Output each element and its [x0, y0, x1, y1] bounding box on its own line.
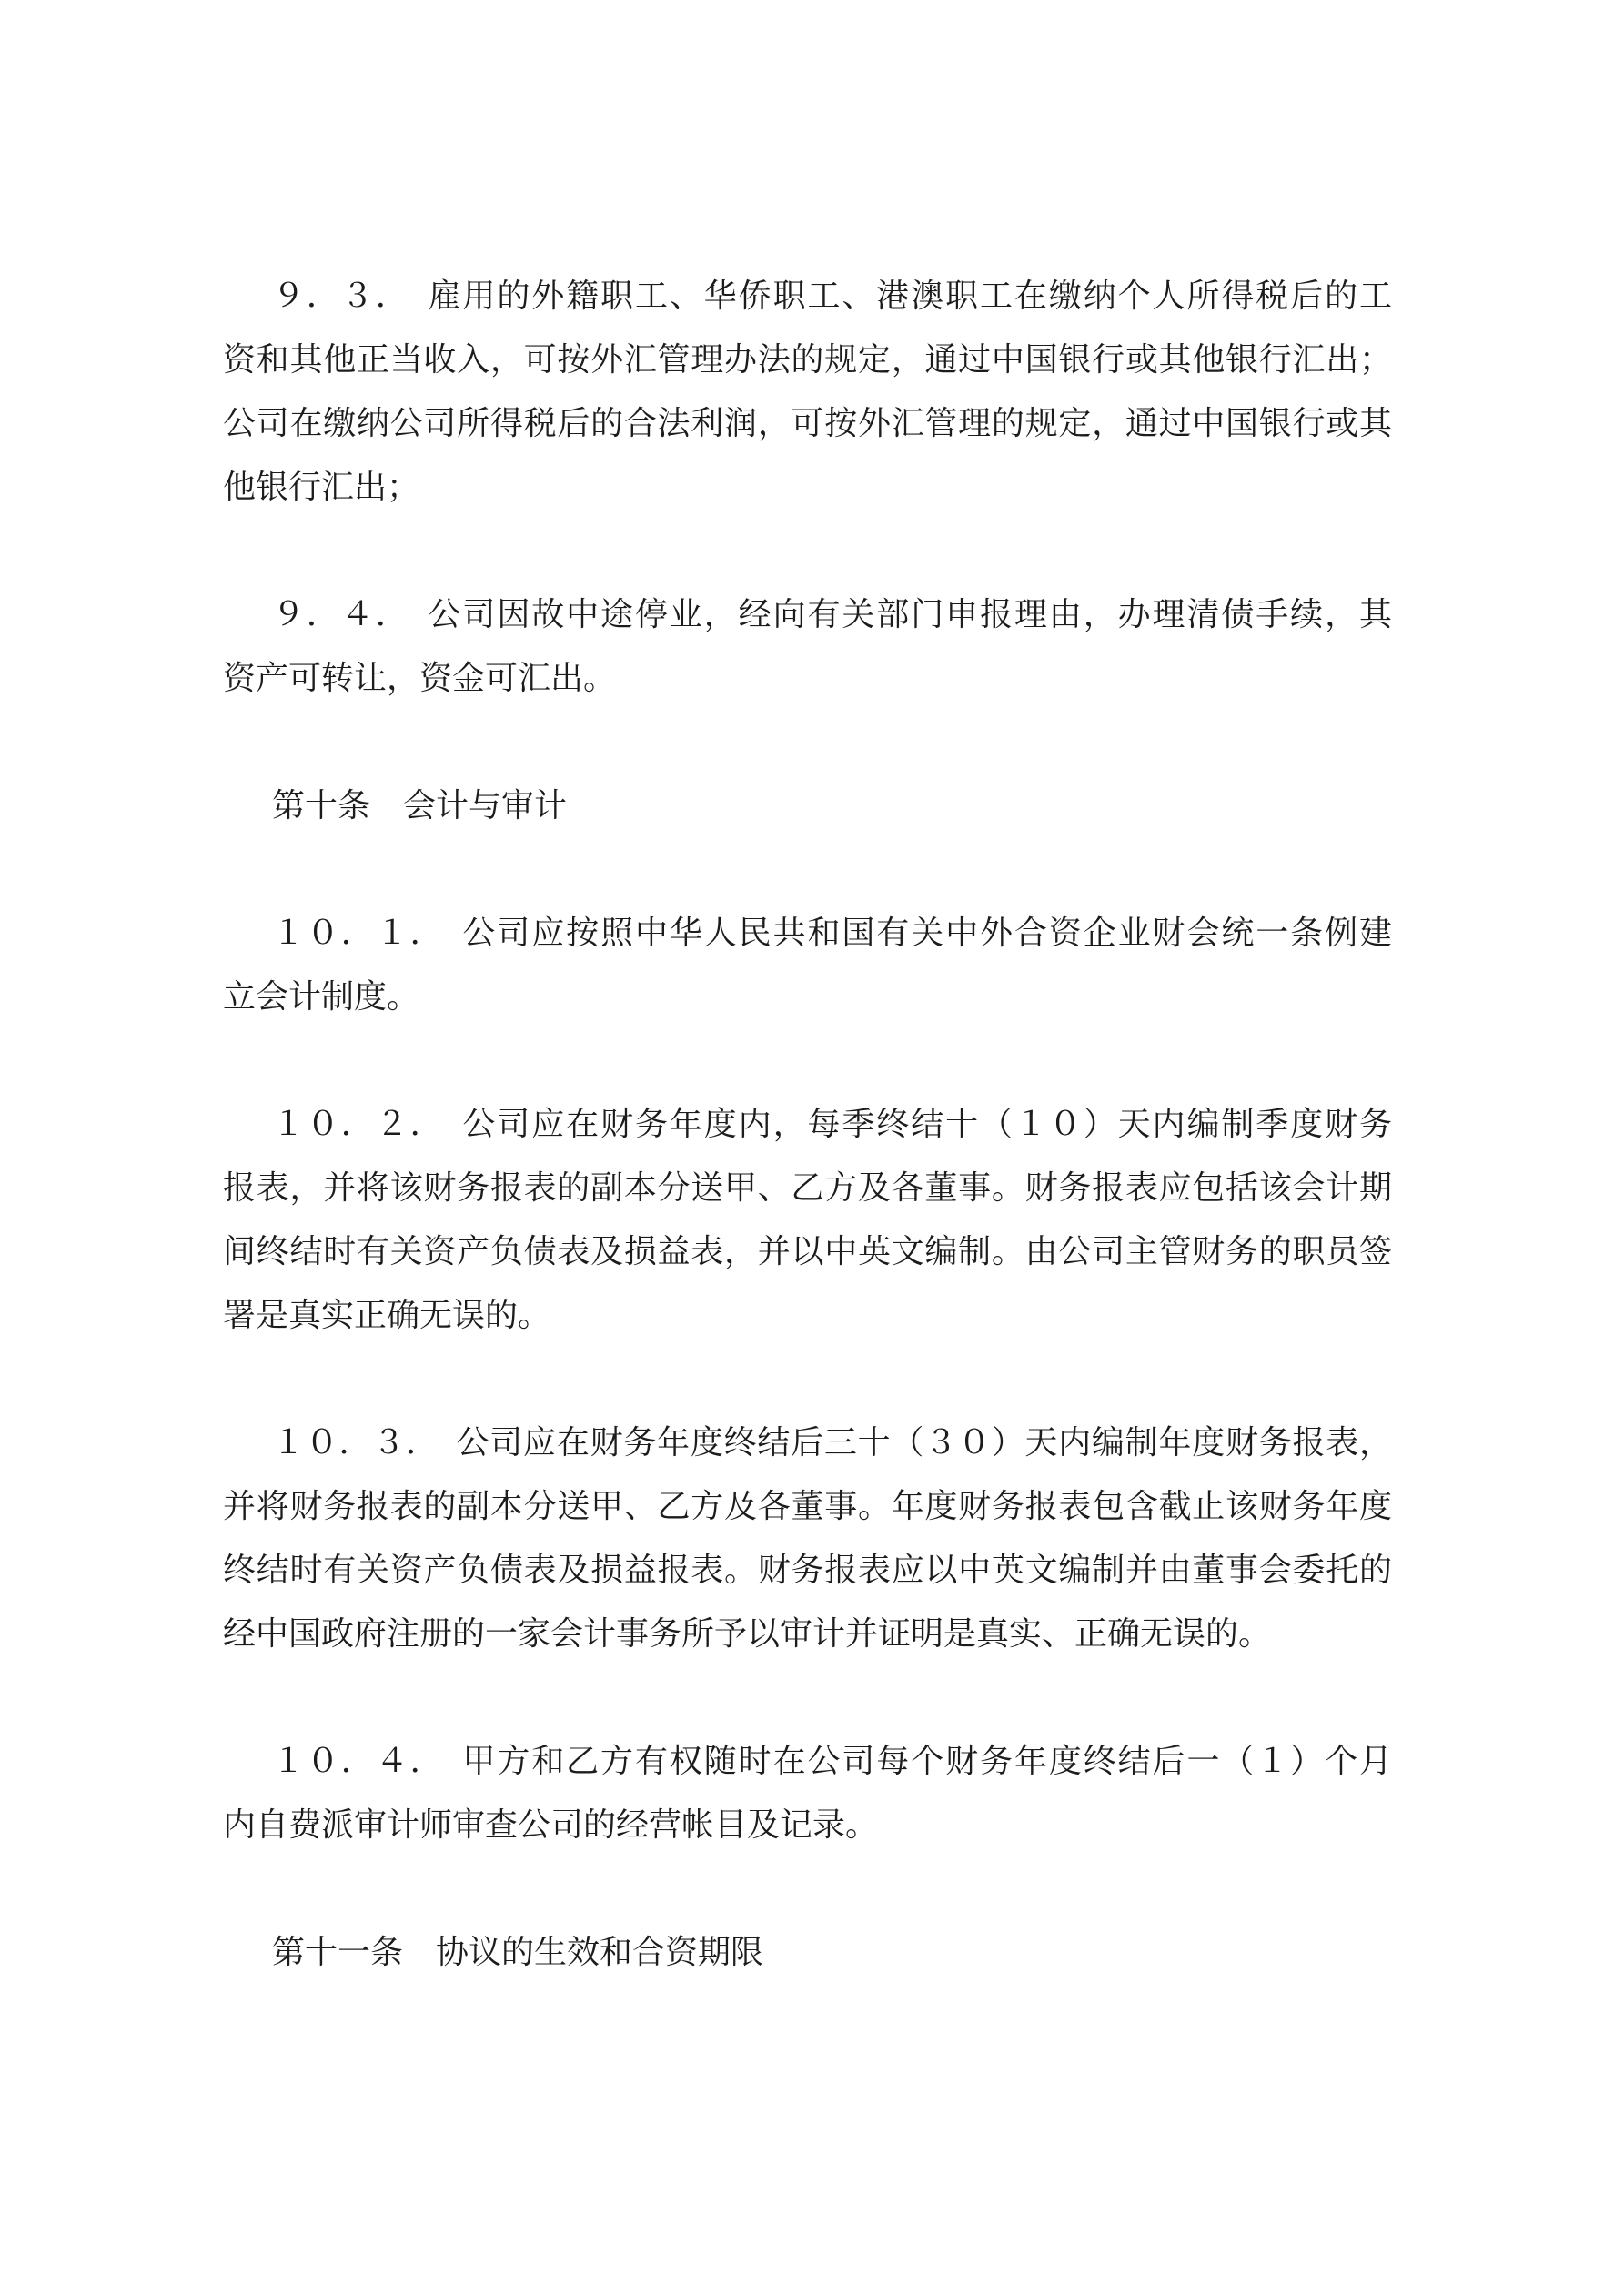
text-line: ９．３． 雇用的外籍职工、华侨职工、港澳职工在缴纳个人所得税后的工: [223, 264, 1392, 328]
article-11-heading: 第十一条 协议的生效和合资期限: [223, 1920, 1392, 1984]
clause-10-1: １０．１． 公司应按照中华人民共和国有关中外合资企业财会统一条例建 立会计制度。: [223, 901, 1392, 1028]
article-10-heading: 第十条 会计与审计: [223, 774, 1392, 837]
document-page: ９．３． 雇用的外籍职工、华侨职工、港澳职工在缴纳个人所得税后的工 资和其他正当…: [0, 0, 1624, 2296]
text-line: 立会计制度。: [223, 965, 1392, 1028]
text-line: ９．４． 公司因故中途停业，经向有关部门申报理由，办理清债手续，其: [223, 582, 1392, 646]
text-line: 署是真实正确无误的。: [223, 1283, 1392, 1347]
text-line: 并将财务报表的副本分送甲、乙方及各董事。年度财务报表包含截止该财务年度: [223, 1474, 1392, 1538]
text-line: １０．２． 公司应在财务年度内，每季终结十（１０）天内编制季度财务: [223, 1092, 1392, 1156]
text-line: 他银行汇出；: [223, 455, 1392, 519]
text-line: 资和其他正当收入，可按外汇管理办法的规定，通过中国银行或其他银行汇出；: [223, 328, 1392, 391]
text-line: 经中国政府注册的一家会计事务所予以审计并证明是真实、正确无误的。: [223, 1602, 1392, 1665]
text-line: 报表，并将该财务报表的副本分送甲、乙方及各董事。财务报表应包括该会计期: [223, 1156, 1392, 1219]
clause-10-3: １０．３． 公司应在财务年度终结后三十（３０）天内编制年度财务报表， 并将财务报…: [223, 1411, 1392, 1665]
clause-10-4: １０．４． 甲方和乙方有权随时在公司每个财务年度终结后一（１）个月 内自费派审计…: [223, 1729, 1392, 1856]
clause-9-4: ９．４． 公司因故中途停业，经向有关部门申报理由，办理清债手续，其 资产可转让，…: [223, 582, 1392, 710]
text-line: １０．４． 甲方和乙方有权随时在公司每个财务年度终结后一（１）个月: [223, 1729, 1392, 1793]
text-line: 间终结时有关资产负债表及损益表，并以中英文编制。由公司主管财务的职员签: [223, 1219, 1392, 1283]
text-line: 终结时有关资产负债表及损益报表。财务报表应以中英文编制并由董事会委托的: [223, 1538, 1392, 1602]
text-line: １０．３． 公司应在财务年度终结后三十（３０）天内编制年度财务报表，: [223, 1411, 1392, 1474]
clause-10-2: １０．２． 公司应在财务年度内，每季终结十（１０）天内编制季度财务 报表，并将该…: [223, 1092, 1392, 1347]
text-line: 公司在缴纳公司所得税后的合法利润，可按外汇管理的规定，通过中国银行或其: [223, 391, 1392, 455]
clause-9-3: ９．３． 雇用的外籍职工、华侨职工、港澳职工在缴纳个人所得税后的工 资和其他正当…: [223, 264, 1392, 519]
text-line: 内自费派审计师审查公司的经营帐目及记录。: [223, 1793, 1392, 1856]
text-line: １０．１． 公司应按照中华人民共和国有关中外合资企业财会统一条例建: [223, 901, 1392, 965]
heading-line: 第十条 会计与审计: [223, 774, 1392, 837]
text-line: 资产可转让，资金可汇出。: [223, 646, 1392, 710]
heading-line: 第十一条 协议的生效和合资期限: [223, 1920, 1392, 1984]
